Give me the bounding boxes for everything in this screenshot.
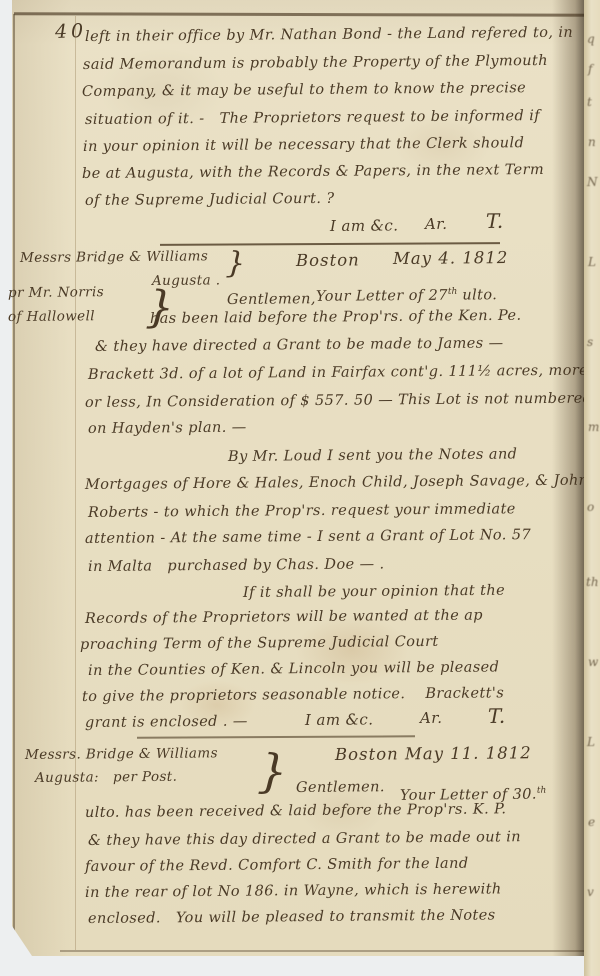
- opening-text: Your Letter of 27: [316, 288, 448, 305]
- margin-note-carrier: of Hallowell: [8, 309, 95, 325]
- superscript: th: [448, 287, 458, 297]
- margin-note-carrier: pr Mr. Norris: [8, 285, 104, 301]
- facing-fragment: t: [587, 95, 592, 109]
- facing-fragment: v: [587, 885, 594, 899]
- opening-phrase: Your Letter of 27th ulto.: [316, 287, 497, 305]
- book-gutter-shadow: [552, 0, 584, 956]
- paper-bottom-edge: [60, 950, 600, 952]
- manuscript-line: proaching Term of the Supreme Judicial C…: [80, 635, 439, 654]
- letter-closing: I am &c.: [330, 217, 399, 234]
- salutation: Gentlemen,: [227, 292, 316, 309]
- facing-fragment: s: [587, 335, 593, 349]
- manuscript-line: grant is enclosed . —: [85, 715, 248, 732]
- facing-fragment: N: [587, 175, 598, 189]
- salutation: Gentlemen.: [296, 780, 385, 797]
- facing-fragment: n: [588, 135, 596, 149]
- paper-corner-cut: [12, 926, 32, 956]
- facing-fragment: w: [588, 655, 598, 669]
- facing-fragment: o: [587, 500, 594, 514]
- opening-text: ulto.: [457, 287, 497, 303]
- closing-initials: Ar.: [420, 710, 442, 727]
- manuscript-line: If it shall be your opinion that the: [243, 584, 505, 602]
- facing-fragment: m: [588, 420, 599, 434]
- letter-closing: I am &c.: [305, 711, 374, 728]
- facing-fragment: th: [586, 575, 599, 589]
- brace-glyph: }: [225, 246, 246, 282]
- closing-initials: T.: [486, 210, 504, 232]
- manuscript-line: on Hayden's plan. —: [88, 421, 247, 438]
- scanned-manuscript-page: 40 left in their office by Mr. Nathan Bo…: [0, 0, 600, 976]
- margin-note-place: Augusta: per Post.: [35, 770, 177, 786]
- superscript: th: [537, 786, 547, 796]
- manuscript-line: has been laid before the Prop'rs. of the…: [150, 309, 522, 328]
- letter-heading-date: May 4. 1812: [393, 249, 508, 268]
- facing-fragment: q: [587, 32, 595, 46]
- paper-left-edge: [13, 14, 15, 952]
- closing-initials: Ar.: [425, 216, 447, 233]
- manuscript-line: in Malta purchased by Chas. Doe — .: [88, 557, 385, 576]
- page-number: 40: [55, 21, 88, 43]
- facing-fragment: e: [588, 815, 595, 829]
- facing-fragment: L: [588, 255, 596, 269]
- facing-fragment: L: [587, 735, 595, 749]
- manuscript-line: By Mr. Loud I sent you the Notes and: [228, 447, 517, 465]
- margin-note-recipients: Messrs. Bridge & Williams: [25, 746, 218, 763]
- manuscript-line: of the Supreme Judicial Court. ?: [85, 192, 335, 210]
- facing-page-strip: q f t n N L s m o th w L e v: [584, 0, 600, 976]
- manuscript-line: favour of the Revd. Comfort C. Smith for…: [85, 857, 469, 876]
- margin-note-recipients: Messrs Bridge & Williams: [20, 249, 208, 265]
- letter-heading-place: Boston: [296, 251, 360, 270]
- facing-fragment: f: [588, 62, 592, 76]
- brace-glyph: }: [257, 743, 289, 798]
- closing-initials: T.: [488, 705, 506, 727]
- margin-rule: [75, 16, 76, 950]
- letter-heading-date: Boston May 11. 1812: [335, 744, 532, 764]
